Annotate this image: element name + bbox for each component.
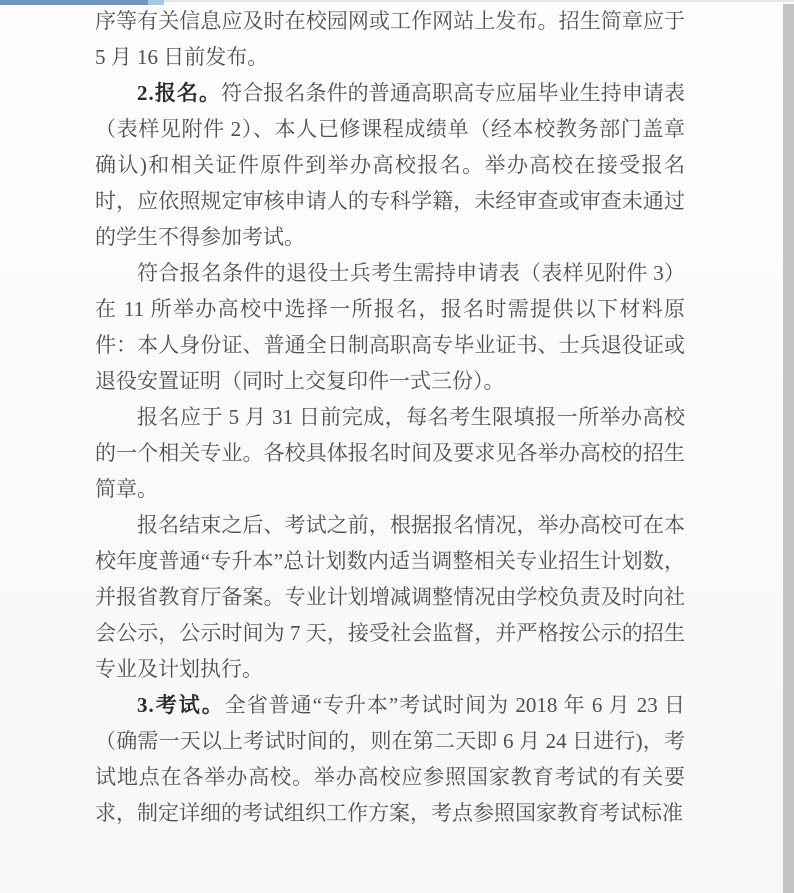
paragraph-text: 符合报名条件的退役士兵考生需持申请表（表样见附件 3）在 11 所举办高校中选择… [95, 261, 685, 393]
section-lead-registration: 2.报名。 [137, 81, 221, 105]
paragraph-publish-notice: 序等有关信息应及时在校园网或工作网站上发布。招生简章应于 5 月 16 日前发布… [95, 3, 685, 75]
paragraph-text: 符合报名条件的普通高职高专应届毕业生持申请表（表样见附件 2）、本人已修课程成绩… [95, 81, 685, 249]
paragraph-text: 报名结束之后、考试之前，根据报名情况，举办高校可在本校年度普通“专升本”总计划数… [95, 513, 685, 681]
paragraph-registration: 2.报名。符合报名条件的普通高职高专应届毕业生持申请表（表样见附件 2）、本人已… [95, 75, 685, 255]
paragraph-text: 报名应于 5 月 31 日前完成，每名考生限填报一所举办高校的一个相关专业。各校… [95, 405, 685, 501]
paragraph-plan-adjustment: 报名结束之后、考试之前，根据报名情况，举办高校可在本校年度普通“专升本”总计划数… [95, 507, 685, 687]
paragraph-deadline: 报名应于 5 月 31 日前完成，每名考生限填报一所举办高校的一个相关专业。各校… [95, 399, 685, 507]
scrollbar-track[interactable] [783, 4, 794, 893]
paragraph-veteran-applicants: 符合报名条件的退役士兵考生需持申请表（表样见附件 3）在 11 所举办高校中选择… [95, 255, 685, 399]
document-body: 序等有关信息应及时在校园网或工作网站上发布。招生简章应于 5 月 16 日前发布… [95, 3, 685, 831]
section-lead-exam: 3.考试。 [137, 693, 225, 717]
paragraph-text: 序等有关信息应及时在校园网或工作网站上发布。招生简章应于 5 月 16 日前发布… [95, 9, 685, 69]
paragraph-exam: 3.考试。全省普通“专升本”考试时间为 2018 年 6 月 23 日（确需一天… [95, 687, 685, 831]
document-page: 序等有关信息应及时在校园网或工作网站上发布。招生简章应于 5 月 16 日前发布… [0, 0, 794, 893]
